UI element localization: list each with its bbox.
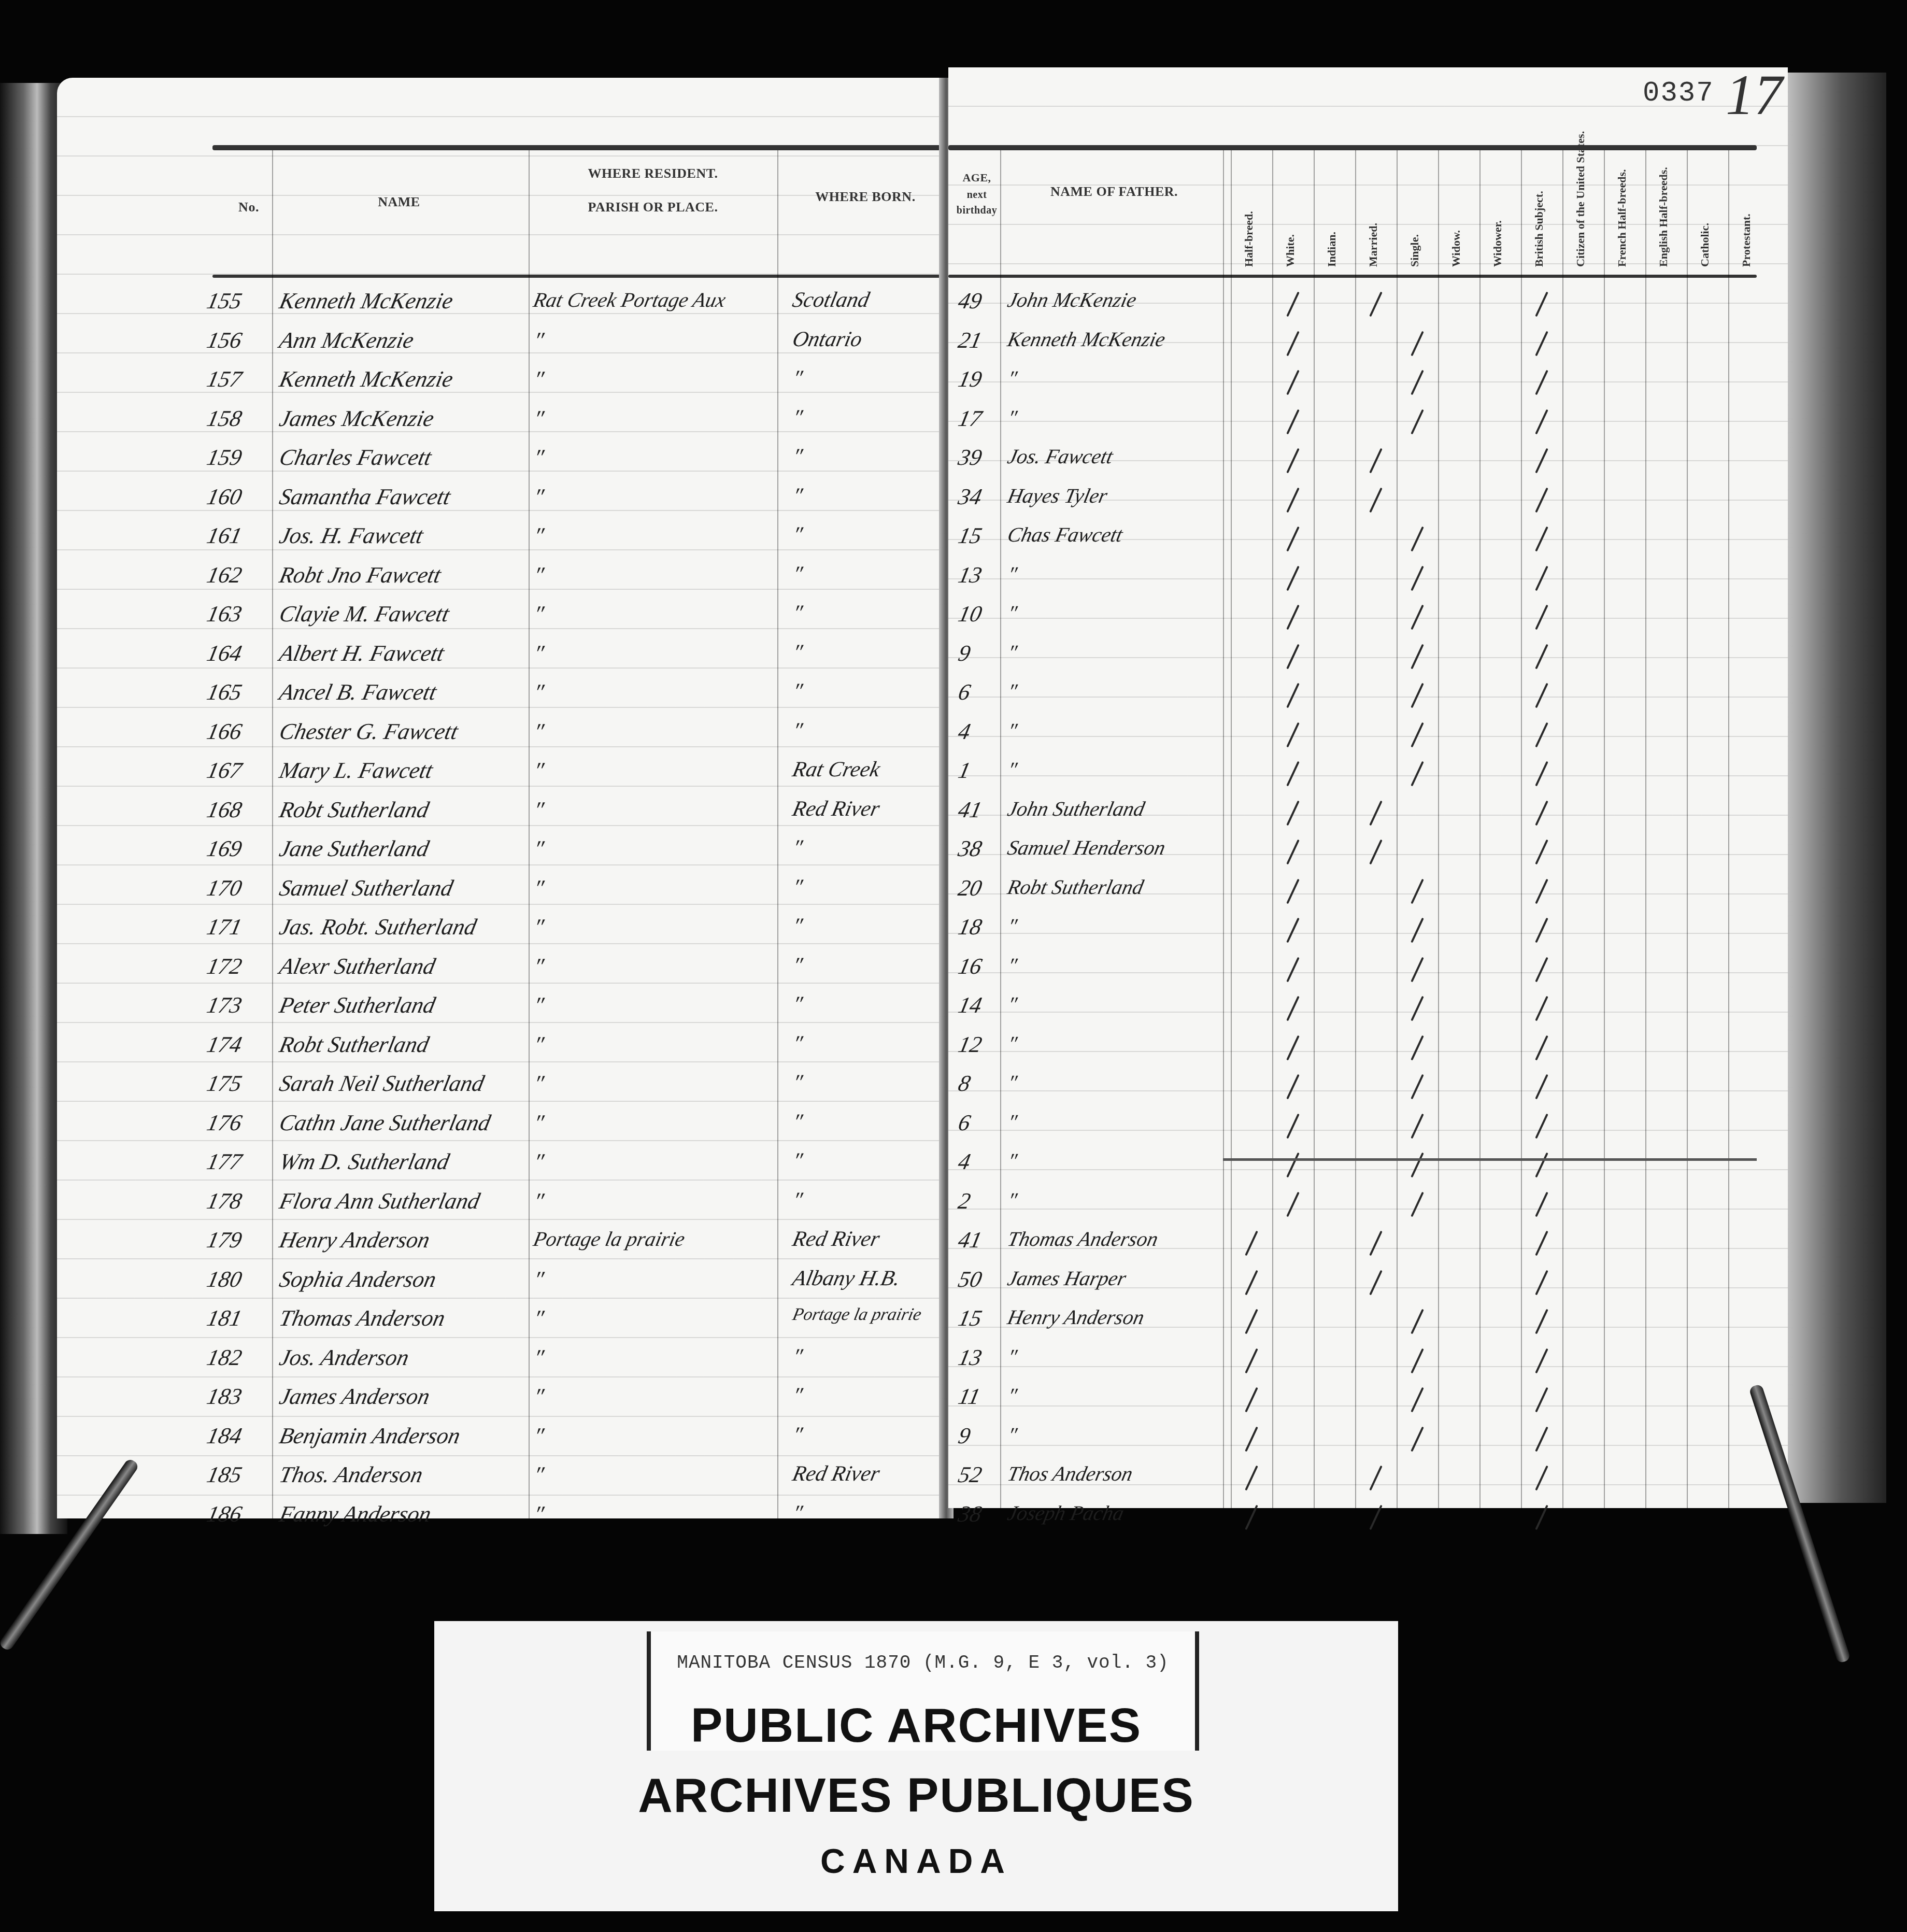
row-number: 181 (205, 1305, 245, 1331)
tally-mark-white (1286, 683, 1300, 708)
where-resident: " (531, 1501, 546, 1527)
person-name: Ann McKenzie (277, 327, 417, 353)
tally-mark-single (1411, 331, 1424, 356)
father-name: " (1005, 366, 1019, 390)
flag-header-4: Single. (1408, 158, 1421, 267)
table-row: 15Chas Fawcett (948, 522, 1788, 561)
person-name: Robt Jno Fawcett (277, 562, 444, 588)
where-resident: " (531, 835, 546, 862)
tally-mark-british (1535, 1113, 1548, 1139)
left-page: No. NAME WHERE RESIDENT. PARISH OR PLACE… (57, 78, 948, 1518)
tally-mark-single (1411, 1035, 1424, 1060)
where-born: Red River (790, 797, 882, 821)
age: 9 (956, 640, 973, 666)
table-row: 180Sophia Anderson"Albany H.B. (57, 1266, 948, 1305)
table-row: 49John McKenzie (948, 288, 1788, 326)
where-resident: " (531, 1266, 546, 1292)
where-born: Scotland (790, 288, 872, 312)
row-number: 185 (205, 1461, 245, 1488)
row-number: 167 (205, 757, 245, 784)
table-row: 9" (948, 1423, 1788, 1461)
tally-mark-married (1369, 487, 1383, 513)
father-name: Hayes Tyler (1005, 484, 1109, 508)
table-row: 175Sarah Neil Sutherland"" (57, 1070, 948, 1109)
flag-header-1: White. (1284, 158, 1297, 267)
person-name: Jos. H. Fawcett (277, 522, 426, 549)
tally-mark-british (1535, 996, 1548, 1021)
where-born: " (790, 444, 805, 469)
tally-mark-married (1369, 448, 1383, 474)
table-row: 21Kenneth McKenzie (948, 327, 1788, 366)
where-resident: " (531, 757, 546, 784)
person-name: Jane Sutherland (277, 835, 432, 862)
where-resident: Portage la prairie (531, 1227, 687, 1251)
where-resident: " (531, 522, 546, 549)
row-number: 157 (205, 366, 245, 392)
tally-mark-single (1411, 527, 1424, 552)
tally-mark-white (1286, 605, 1300, 630)
row-number: 169 (205, 835, 245, 862)
where-born: Rat Creek (790, 757, 883, 782)
tally-mark-white (1286, 448, 1300, 474)
flag-header-7: British Subject. (1532, 158, 1546, 267)
tally-mark-white (1286, 1113, 1300, 1139)
tally-mark-single (1411, 761, 1424, 787)
row-number: 174 (205, 1031, 245, 1058)
row-number: 176 (205, 1110, 245, 1136)
tally-mark-white (1286, 1074, 1300, 1100)
tally-mark-white (1286, 840, 1300, 865)
table-row: 41John Sutherland (948, 797, 1788, 835)
age: 19 (956, 366, 985, 392)
tally-mark-white (1286, 918, 1300, 943)
tally-mark-single (1411, 370, 1424, 395)
table-row: 11" (948, 1383, 1788, 1422)
row-number: 184 (205, 1423, 245, 1449)
tally-mark-white (1286, 644, 1300, 669)
row-number: 162 (205, 562, 245, 588)
age: 50 (956, 1266, 985, 1292)
table-row: 166Chester G. Fawcett"" (57, 718, 948, 757)
tally-mark-white (1286, 370, 1300, 395)
age: 4 (956, 1148, 973, 1175)
father-name: John Sutherland (1005, 797, 1147, 821)
tally-mark-halfbreed (1245, 1426, 1258, 1452)
label-archives-publiques: ARCHIVES PUBLIQUES (434, 1769, 1398, 1823)
age: 1 (956, 757, 973, 784)
person-name: James McKenzie (277, 405, 437, 432)
tally-mark-white (1286, 331, 1300, 356)
father-name: Thos Anderson (1005, 1461, 1135, 1486)
row-number: 172 (205, 953, 245, 979)
tally-mark-white (1286, 292, 1300, 317)
person-name: Cathn Jane Sutherland (277, 1110, 493, 1136)
father-name: John McKenzie (1005, 288, 1139, 312)
tally-mark-white (1286, 487, 1300, 513)
tally-mark-halfbreed (1245, 1504, 1258, 1530)
flag-header-6: Widower. (1491, 158, 1504, 267)
where-resident: " (531, 992, 546, 1018)
row-number: 177 (205, 1148, 245, 1175)
father-name: " (1005, 562, 1019, 586)
age: 18 (956, 914, 985, 940)
tally-mark-white (1286, 409, 1300, 434)
father-name: " (1005, 914, 1019, 938)
tally-mark-white (1286, 1035, 1300, 1060)
table-row: 34Hayes Tyler (948, 484, 1788, 522)
father-name: " (1005, 757, 1019, 782)
tally-mark-single (1411, 1191, 1424, 1217)
table-row: 179Henry AndersonPortage la prairieRed R… (57, 1227, 948, 1266)
person-name: Clayie M. Fawcett (277, 601, 452, 627)
table-row: 181Thomas Anderson"Portage la prairie (57, 1305, 948, 1344)
where-born: " (790, 875, 805, 900)
row-number: 163 (205, 601, 245, 627)
header-where-born: WHERE BORN. (782, 189, 948, 205)
table-row: 156Ann McKenzie"Ontario (57, 327, 948, 366)
tally-mark-british (1535, 918, 1548, 943)
table-row: 173Peter Sutherland"" (57, 992, 948, 1031)
where-born: " (790, 1148, 805, 1173)
tally-mark-single (1411, 1348, 1424, 1373)
where-born: " (790, 601, 805, 626)
header-rule-bottom (948, 275, 1757, 278)
person-name: Albert H. Fawcett (277, 640, 447, 666)
row-number: 161 (205, 522, 245, 549)
table-row: 184Benjamin Anderson"" (57, 1423, 948, 1461)
tally-mark-single (1411, 1426, 1424, 1452)
table-row: 174Robt Sutherland"" (57, 1031, 948, 1070)
tally-mark-white (1286, 565, 1300, 591)
header-name-of-father: NAME OF FATHER. (1005, 184, 1223, 200)
person-name: Kenneth McKenzie (277, 366, 456, 392)
row-number: 159 (205, 444, 245, 471)
person-name: Charles Fawcett (277, 444, 434, 471)
tally-mark-british (1535, 1426, 1548, 1452)
tally-mark-british (1535, 1035, 1548, 1060)
tally-mark-british (1535, 644, 1548, 669)
where-resident: " (531, 914, 546, 940)
where-resident: " (531, 484, 546, 510)
tally-mark-halfbreed (1245, 1466, 1258, 1491)
row-number: 158 (205, 405, 245, 432)
table-row: 10" (948, 601, 1788, 640)
where-born: " (790, 992, 805, 1017)
tally-mark-british (1535, 565, 1548, 591)
tally-mark-single (1411, 1387, 1424, 1413)
where-resident: " (531, 444, 546, 471)
tally-mark-british (1535, 878, 1548, 904)
where-resident: " (531, 1031, 546, 1058)
age: 15 (956, 522, 985, 549)
tally-mark-white (1286, 800, 1300, 826)
tally-mark-white (1286, 957, 1300, 982)
where-born: " (790, 1031, 805, 1056)
table-row: 2" (948, 1188, 1788, 1227)
father-name: " (1005, 1031, 1019, 1056)
age: 21 (956, 327, 985, 353)
tally-mark-white (1286, 722, 1300, 747)
tally-mark-single (1411, 644, 1424, 669)
age: 9 (956, 1423, 973, 1449)
tally-mark-married (1369, 840, 1383, 865)
person-name: Henry Anderson (277, 1227, 433, 1253)
tally-mark-single (1411, 565, 1424, 591)
row-number: 164 (205, 640, 245, 666)
age: 10 (956, 601, 985, 627)
tally-mark-single (1411, 722, 1424, 747)
page-number: 17 (1726, 62, 1783, 128)
tally-mark-british (1535, 1466, 1548, 1491)
table-row: 186Fanny Anderson"" (57, 1501, 948, 1540)
tally-mark-british (1535, 331, 1548, 356)
age: 39 (956, 444, 985, 471)
header-no: No. (228, 200, 269, 215)
tally-mark-british (1535, 292, 1548, 317)
table-row: 6" (948, 679, 1788, 718)
flag-header-10: English Half-breeds. (1657, 158, 1670, 267)
age: 6 (956, 679, 973, 705)
tally-mark-single (1411, 878, 1424, 904)
table-row: 172Alexr Sutherland"" (57, 953, 948, 992)
father-name: Chas Fawcett (1005, 522, 1125, 547)
father-name: Joseph Pacha (1005, 1501, 1126, 1525)
person-name: Sophia Anderson (277, 1266, 439, 1292)
where-resident: " (531, 1070, 546, 1097)
where-born: " (790, 1188, 805, 1213)
tally-mark-married (1369, 1466, 1383, 1491)
table-row: 9" (948, 640, 1788, 679)
where-resident: " (531, 1305, 546, 1331)
table-row: 8" (948, 1070, 1788, 1109)
father-name: Jos. Fawcett (1005, 444, 1115, 468)
age: 41 (956, 1227, 985, 1253)
table-row: 185Thos. Anderson"Red River (57, 1461, 948, 1500)
table-row: 183James Anderson"" (57, 1383, 948, 1422)
table-row: 39Jos. Fawcett (948, 444, 1788, 483)
age: 52 (956, 1461, 985, 1488)
father-name: " (1005, 1423, 1019, 1447)
book-edge-right (1772, 73, 1886, 1503)
where-born: " (790, 1070, 805, 1095)
father-name: Henry Anderson (1005, 1305, 1147, 1329)
table-row: 161Jos. H. Fawcett"" (57, 522, 948, 561)
flag-header-12: Protestant. (1740, 158, 1753, 267)
header-rule-bottom (212, 275, 948, 278)
tally-mark-british (1535, 761, 1548, 787)
table-row: 12" (948, 1031, 1788, 1070)
row-number: 175 (205, 1070, 245, 1097)
where-born: " (790, 366, 805, 391)
tally-mark-married (1369, 1231, 1383, 1256)
where-born: " (790, 914, 805, 939)
table-row: 4" (948, 718, 1788, 757)
where-born: " (790, 562, 805, 587)
age: 49 (956, 288, 985, 314)
where-born: " (790, 718, 805, 743)
father-name: " (1005, 405, 1019, 430)
table-row: 165Ancel B. Fawcett"" (57, 679, 948, 718)
tally-mark-white (1286, 996, 1300, 1021)
row-number: 170 (205, 875, 245, 901)
where-born: " (790, 1344, 805, 1369)
table-row: 168Robt Sutherland"Red River (57, 797, 948, 835)
tally-mark-british (1535, 800, 1548, 826)
where-resident: Rat Creek Portage Aux (531, 288, 728, 312)
table-row: 177Wm D. Sutherland"" (57, 1148, 948, 1187)
where-born: " (790, 1501, 805, 1526)
age: 15 (956, 1305, 985, 1331)
header-parish-or-place: PARISH OR PLACE. (534, 200, 772, 215)
person-name: Peter Sutherland (277, 992, 438, 1018)
table-row: 38Samuel Henderson (948, 835, 1788, 874)
reference-text: MANITOBA CENSUS 1870 (M.G. 9, E 3, vol. … (651, 1652, 1195, 1673)
flag-header-5: Widow. (1449, 158, 1463, 267)
flag-header-9: French Half-breeds. (1615, 158, 1629, 267)
tally-mark-halfbreed (1245, 1270, 1258, 1295)
table-row: 14" (948, 992, 1788, 1031)
tally-mark-white (1286, 761, 1300, 787)
father-name: " (1005, 718, 1019, 743)
table-row: 16" (948, 953, 1788, 992)
header-name: NAME (326, 194, 472, 210)
father-name: " (1005, 1070, 1019, 1095)
age: 20 (956, 875, 985, 901)
table-row: 169Jane Sutherland"" (57, 835, 948, 874)
where-born: " (790, 640, 805, 665)
table-row: 163Clayie M. Fawcett"" (57, 601, 948, 640)
table-row: 155Kenneth McKenzieRat Creek Portage Aux… (57, 288, 948, 326)
table-row: 158James McKenzie"" (57, 405, 948, 444)
age: 8 (956, 1070, 973, 1097)
tally-mark-british (1535, 1153, 1548, 1178)
father-name: Thomas Anderson (1005, 1227, 1160, 1251)
table-row: 157Kenneth McKenzie"" (57, 366, 948, 405)
father-name: " (1005, 1188, 1019, 1212)
where-resident: " (531, 327, 546, 353)
table-row: 1" (948, 757, 1788, 796)
table-row: 171Jas. Robt. Sutherland"" (57, 914, 948, 953)
person-name: Thomas Anderson (277, 1305, 448, 1331)
table-row: 4" (948, 1148, 1788, 1187)
person-name: Chester G. Fawcett (277, 718, 461, 745)
tally-mark-single (1411, 683, 1424, 708)
tally-mark-single (1411, 409, 1424, 434)
tally-mark-married (1369, 292, 1383, 317)
table-row: 17" (948, 405, 1788, 444)
row-number: 180 (205, 1266, 245, 1292)
where-born: " (790, 679, 805, 704)
header-rule-top (948, 145, 1757, 150)
age: 13 (956, 562, 985, 588)
flag-header-3: Married. (1367, 158, 1380, 267)
person-name: Kenneth McKenzie (277, 288, 456, 314)
father-name: " (1005, 679, 1019, 703)
household-divider (1223, 1158, 1757, 1161)
father-name: James Harper (1005, 1266, 1129, 1290)
tally-mark-british (1535, 1387, 1548, 1413)
flag-header-0: Half-breed. (1242, 158, 1256, 267)
table-row: 13" (948, 562, 1788, 601)
tally-mark-married (1369, 1504, 1383, 1530)
tally-mark-british (1535, 1309, 1548, 1334)
age: 11 (956, 1383, 983, 1410)
tally-mark-married (1369, 1270, 1383, 1295)
tally-mark-single (1411, 1074, 1424, 1100)
father-name: " (1005, 1110, 1019, 1134)
person-name: Samuel Sutherland (277, 875, 456, 901)
person-name: Benjamin Anderson (277, 1423, 463, 1449)
age: 2 (956, 1188, 973, 1214)
where-resident: " (531, 640, 546, 666)
right-page: 0337 17 AGE, next birthday NAME OF FATHE… (948, 67, 1788, 1508)
where-resident: " (531, 562, 546, 588)
table-row: 182Jos. Anderson"" (57, 1344, 948, 1383)
where-born: " (790, 522, 805, 547)
age: 17 (956, 405, 985, 432)
tally-mark-white (1286, 1153, 1300, 1178)
tally-mark-british (1535, 527, 1548, 552)
person-name: Ancel B. Fawcett (277, 679, 439, 705)
flag-header-11: Catholic. (1698, 158, 1712, 267)
father-name: " (1005, 1148, 1019, 1173)
tally-mark-british (1535, 957, 1548, 982)
row-number: 160 (205, 484, 245, 510)
father-name: " (1005, 992, 1019, 1016)
tally-mark-white (1286, 878, 1300, 904)
flag-header-8: Citizen of the United States. (1574, 158, 1587, 267)
person-name: Robt Sutherland (277, 797, 432, 823)
tally-mark-white (1286, 1191, 1300, 1217)
tally-mark-british (1535, 1191, 1548, 1217)
row-number: 182 (205, 1344, 245, 1371)
where-resident: " (531, 1423, 546, 1449)
tally-mark-single (1411, 605, 1424, 630)
father-name: Robt Sutherland (1005, 875, 1146, 899)
tally-mark-halfbreed (1245, 1231, 1258, 1256)
where-resident: " (531, 1461, 546, 1488)
tally-mark-halfbreed (1245, 1309, 1258, 1334)
header-age: AGE, (953, 171, 1000, 184)
where-resident: " (531, 718, 546, 745)
table-row: 13" (948, 1344, 1788, 1383)
where-born: Ontario (790, 327, 864, 352)
age: 16 (956, 953, 985, 979)
where-resident: " (531, 1344, 546, 1371)
person-name: Jas. Robt. Sutherland (277, 914, 479, 940)
person-name: Robt Sutherland (277, 1031, 432, 1058)
age: 12 (956, 1031, 985, 1058)
table-row: 20Robt Sutherland (948, 875, 1788, 914)
age: 41 (956, 797, 985, 823)
age: 38 (956, 835, 985, 862)
where-resident: " (531, 679, 546, 705)
table-row: 164Albert H. Fawcett"" (57, 640, 948, 679)
where-born: " (790, 1423, 805, 1447)
tally-mark-british (1535, 1231, 1548, 1256)
table-row: 38Joseph Pacha (948, 1501, 1788, 1540)
tally-mark-married (1369, 800, 1383, 826)
label-public-archives: PUBLIC ARCHIVES (434, 1699, 1398, 1753)
table-row: 178Flora Ann Sutherland"" (57, 1188, 948, 1227)
row-number: 173 (205, 992, 245, 1018)
where-born: " (790, 1383, 805, 1408)
father-name: " (1005, 953, 1019, 977)
tally-mark-british (1535, 487, 1548, 513)
tally-mark-single (1411, 957, 1424, 982)
frame-stamp-number: 0337 (1643, 78, 1714, 109)
person-name: Mary L. Fawcett (277, 757, 435, 784)
